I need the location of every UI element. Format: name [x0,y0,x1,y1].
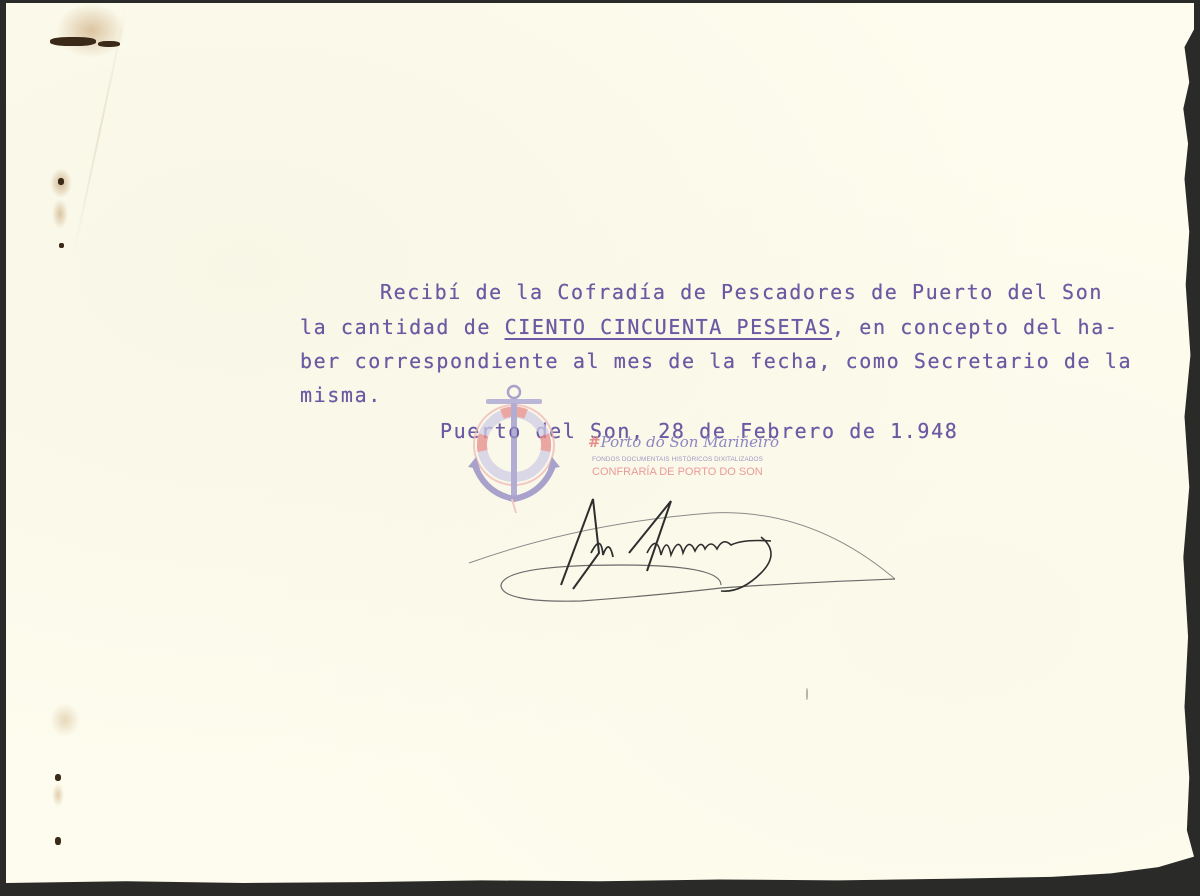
stain-left-2 [52,199,68,229]
receipt-line-2-end: , en concepto del ha- [832,315,1118,339]
handwritten-signature [461,493,911,613]
stain-top-left [56,3,126,58]
hashtag-icon: # [588,433,601,451]
stain-left-4 [52,783,64,807]
burn-mark-top [50,37,96,46]
watermark-organization: CONFRARÍA DE PORTO DO SON [592,466,763,478]
burn-hole-left-4 [55,837,61,845]
receipt-line-4: misma. [300,383,382,407]
burn-hole-left-2 [59,243,64,248]
watermark-subtitle: FONDOS DOCUMENTAIS HISTÓRICOS DIXITALIZA… [592,456,763,463]
paper-sheet: Recibí de la Cofradía de Pescadores de P… [6,3,1194,883]
burn-hole-left-1 [58,178,64,185]
speck-mark [806,688,808,700]
receipt-line-2-start: la cantidad de [300,315,505,339]
watermark-title-text: Porto do Son Mariñeiro [601,433,779,451]
receipt-line-1: Recibí de la Cofradía de Pescadores de P… [380,280,1103,304]
burn-mark-top-small [98,41,120,47]
stain-left-3 [50,703,80,737]
scanned-document: Recibí de la Cofradía de Pescadores de P… [0,0,1200,896]
watermark-title: #Porto do Son Mariñeiro [588,433,779,451]
amount-text: CIENTO CINCUENTA PESETAS [505,315,832,339]
burn-hole-left-3 [55,774,61,781]
receipt-line-3: ber correspondiente al mes de la fecha, … [300,349,1132,373]
receipt-line-2: la cantidad de CIENTO CINCUENTA PESETAS,… [300,315,1118,339]
